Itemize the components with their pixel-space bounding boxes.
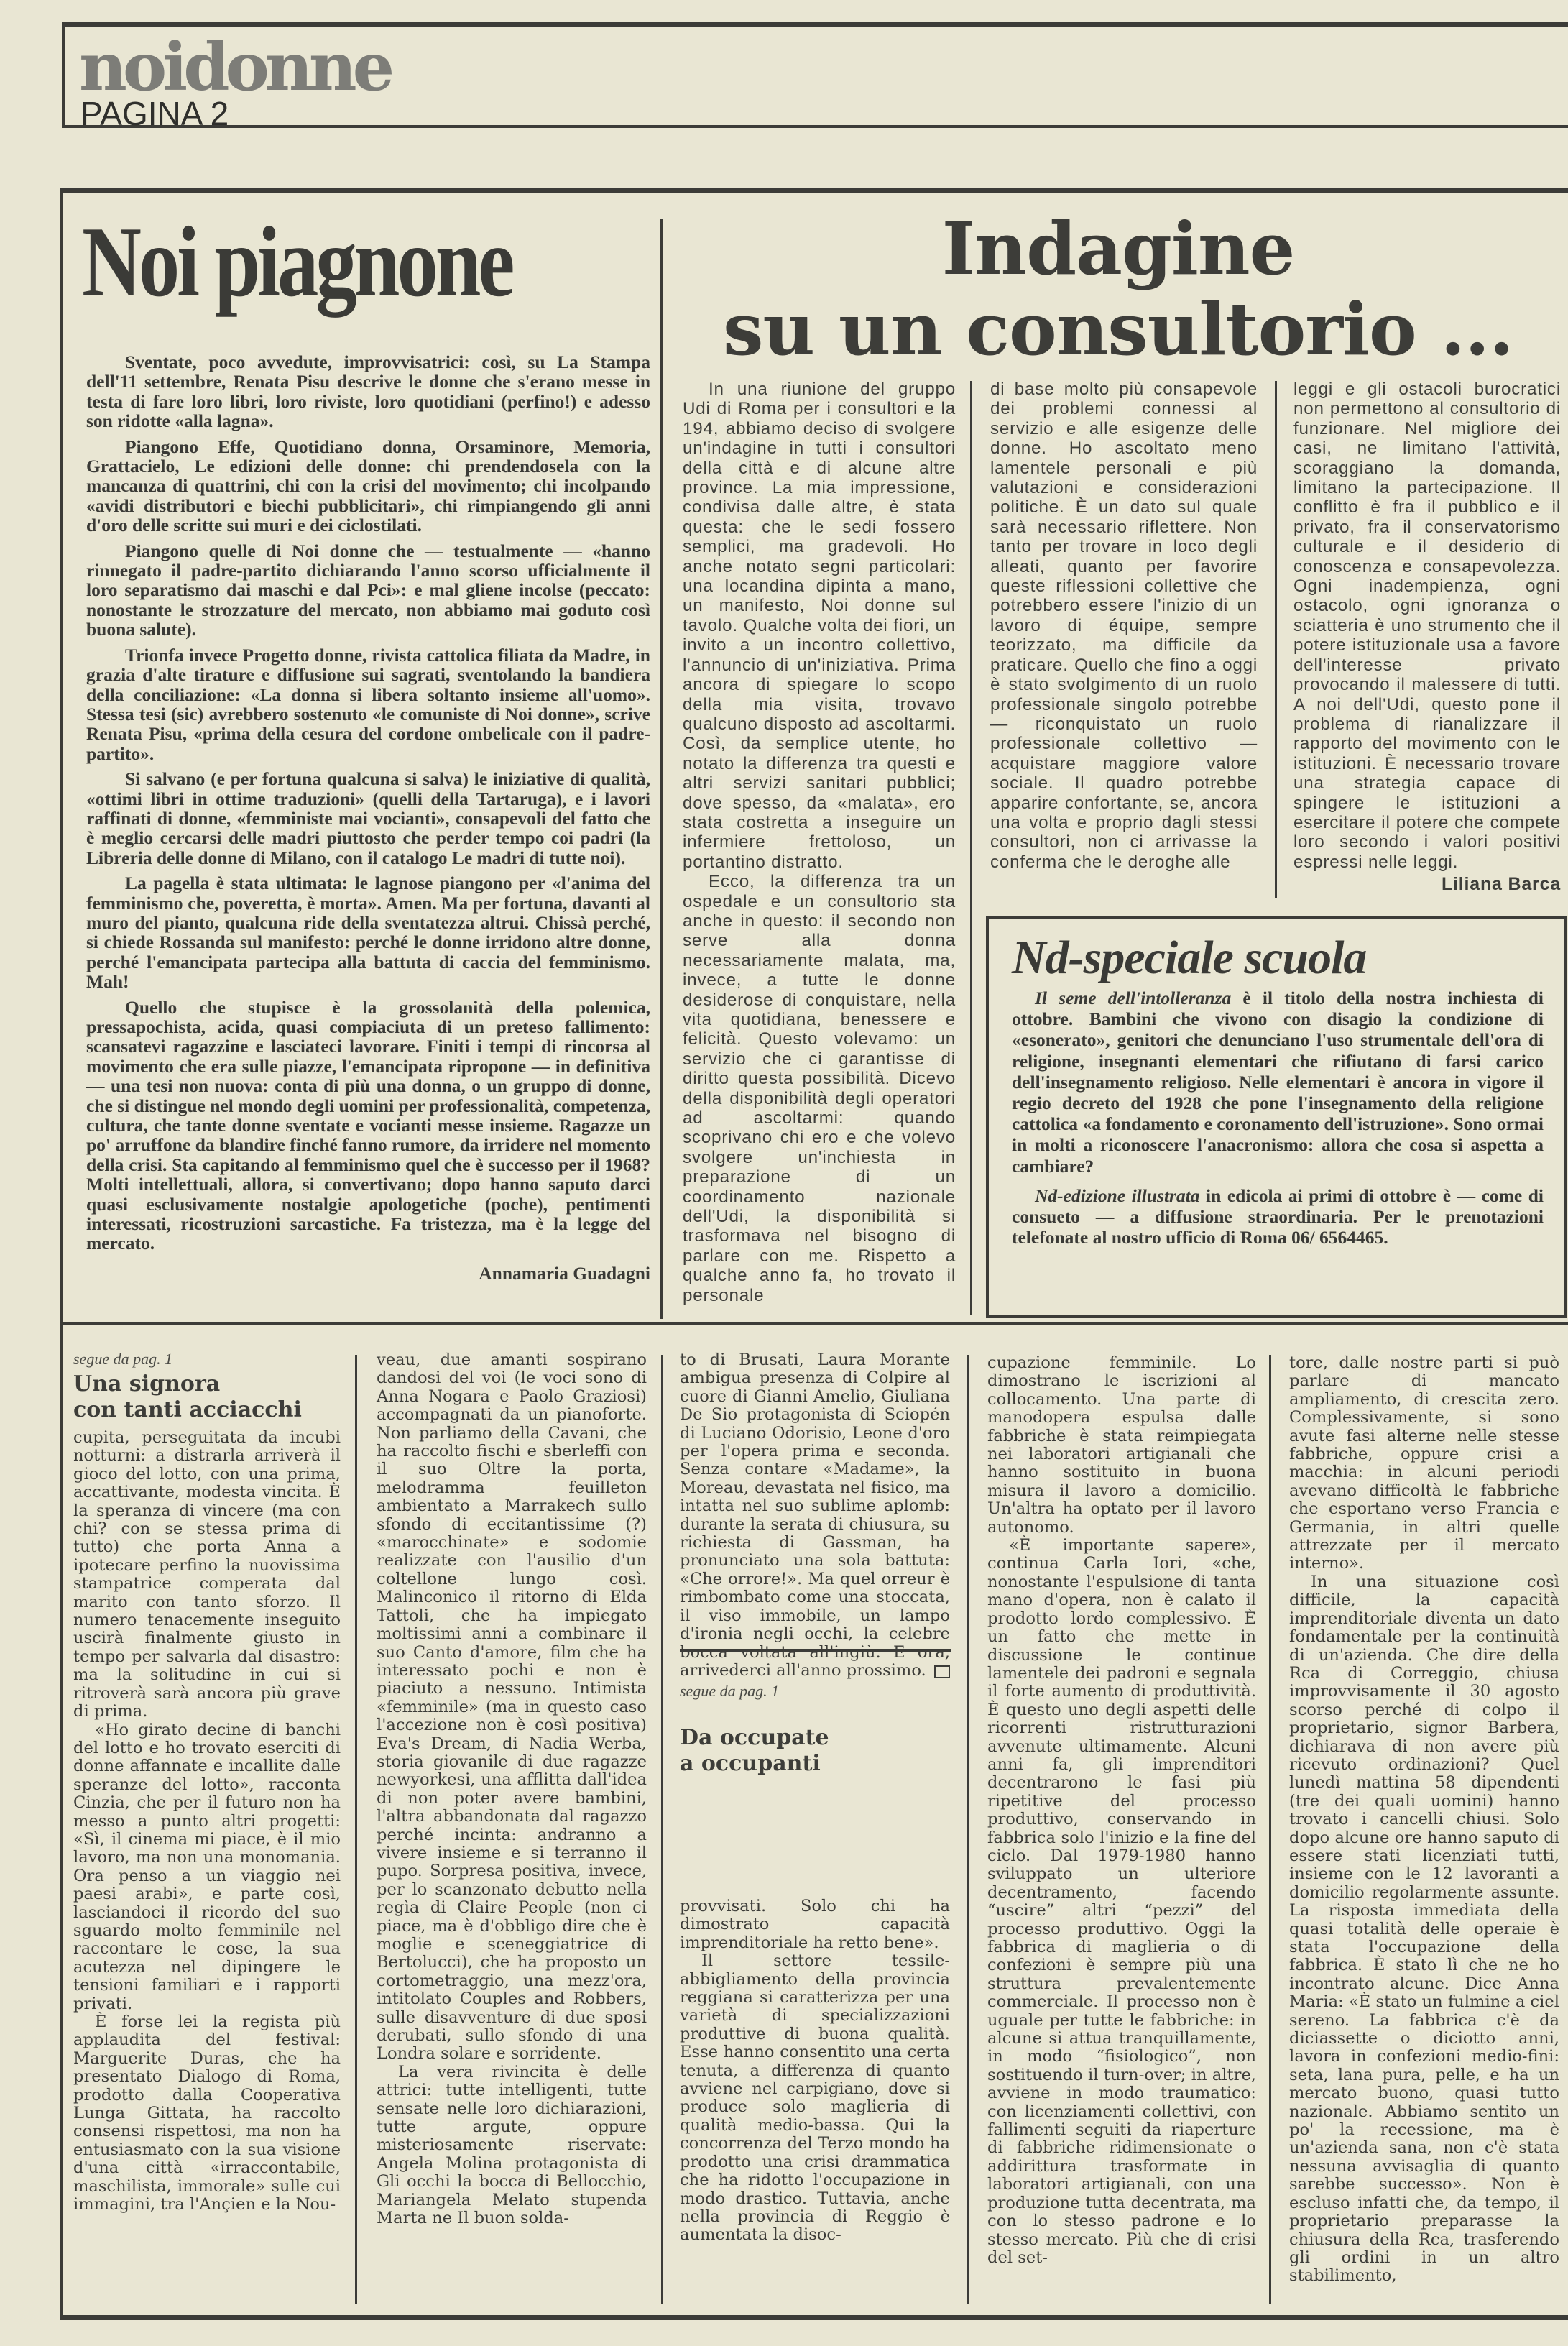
author-byline: Annamaria Guadagni [86,1264,650,1283]
paragraph: «Ho girato decine di banchi del lotto e … [73,1721,341,2014]
paragraph: La pagella è stata ultimata: le lagnose … [86,873,650,991]
paragraph: leggi e gli ostacoli burocratici non per… [1293,379,1561,872]
title-line: a occupanti [680,1751,951,1777]
article-title-noi-piagnone: Noi piagnone [82,208,553,316]
title-line: Da occupate [680,1725,951,1751]
article-title: Una signora con tanti acciacchi [73,1371,346,1423]
paragraph: cupita, perseguitata da incubi notturni:… [73,1429,341,1721]
column-divider [970,381,972,1315]
paragraph: La vera rivincita è delle attrici: tutte… [377,2064,647,2228]
column-divider [355,1355,357,2304]
indagine-column-2: di base molto più consapevole dei proble… [990,379,1258,872]
paragraph: di base molto più consapevole dei proble… [990,379,1258,872]
article-header-occupate: segue da pag. 1 Da occupate a occupanti [680,1682,951,1777]
box-title: Nd-speciale scuola [1012,933,1366,983]
edition-name: Nd-edizione illustrata [1035,1185,1200,1206]
box-body: Il seme dell'intolleranza è il titolo de… [1012,988,1544,1256]
paragraph: tore, dalle nostre parti si può parlare … [1289,1354,1559,1573]
column-divider [1275,381,1277,898]
indagine-column-3: leggi e gli ostacoli burocratici non per… [1293,379,1561,895]
article-title-indagine: Indagine su un consultorio ... [668,208,1568,369]
masthead: noidonne PAGINA 2 [62,22,1568,128]
signora-column-2: veau, due amanti sospirano dandosi del v… [377,1351,647,2228]
title-line: con tanti acciacchi [73,1397,346,1423]
signora-column-3: to di Brusati, Laura Morante ambigua pre… [680,1351,950,1680]
article-separator [680,1649,951,1652]
paragraph-text: è il titolo della nostra inchiesta di ot… [1012,988,1544,1177]
paragraph: «È importante sapere», continua Carla Io… [987,1537,1256,2267]
title-line: Indagine [668,208,1568,289]
continuation-kicker: segue da pag. 1 [73,1350,346,1368]
paragraph: cupazione femminile. Lo dimostrano le is… [987,1354,1256,1537]
paragraph: veau, due amanti sospirano dandosi del v… [377,1351,647,2064]
paragraph: In una situazione così difficile, la cap… [1289,1573,1559,2286]
column-divider [1269,1355,1271,2304]
continuation-kicker: segue da pag. 1 [680,1682,951,1701]
paragraph: In una riunione del gruppo Udi di Roma p… [683,379,956,872]
column-divider [660,219,663,1319]
signora-column-1: cupita, perseguitata da incubi notturni:… [73,1429,341,2214]
column-divider [661,1355,663,2304]
nd-speciale-box: Nd-speciale scuola Il seme dell'intoller… [986,916,1567,1318]
article-header-signora: segue da pag. 1 Una signora con tanti ac… [73,1350,346,1423]
paragraph: È forse lei la regista più applaudita de… [73,2013,341,2214]
occupate-column-1: provvisati. Solo chi ha dimostrato capac… [680,1897,950,2245]
paragraph: Piangono Effe, Quotidiano donna, Orsamin… [86,437,650,535]
paragraph: Sventate, poco avvedute, improvvisatrici… [86,352,650,431]
paragraph: Quello che stupisce è la grossolanità de… [86,998,650,1253]
paragraph: Il seme dell'intolleranza è il titolo de… [1012,988,1544,1177]
column-divider [967,1355,969,2304]
paragraph: Ecco, la differenza tra un ospedale e un… [683,872,956,1305]
article-body-noi-piagnone: Sventate, poco avvedute, improvvisatrici… [86,352,650,1289]
author-byline: Liliana Barca [1293,875,1561,894]
indagine-column-1: In una riunione del gruppo Udi di Roma p… [683,379,956,1305]
paragraph: Il settore tessile-abbigliamento della p… [680,1952,950,2245]
occupate-column-3: tore, dalle nostre parti si può parlare … [1289,1354,1559,2286]
paragraph: provvisati. Solo chi ha dimostrato capac… [680,1897,950,1952]
paragraph: Si salvano (e per fortuna qualcuna si sa… [86,769,650,868]
publication-logo: noidonne [79,31,390,103]
page-number-label: PAGINA 2 [80,96,229,132]
paragraph: Piangono quelle di Noi donne che — testu… [86,541,650,640]
title-line: su un consultorio ... [668,289,1568,369]
paragraph: Trionfa invece Progetto donne, rivista c… [86,645,650,763]
end-of-article-mark-icon [934,1665,950,1678]
paragraph: to di Brusati, Laura Morante ambigua pre… [680,1351,950,1680]
inquiry-title: Il seme dell'intolleranza [1035,988,1231,1008]
article-title: Da occupate a occupanti [680,1725,951,1777]
title-line: Una signora [73,1371,346,1397]
paragraph-text: to di Brusati, Laura Morante ambigua pre… [680,1351,950,1680]
paragraph: Nd-edizione illustrata in edicola ai pri… [1012,1185,1544,1248]
occupate-column-2: cupazione femminile. Lo dimostrano le is… [987,1354,1256,2267]
